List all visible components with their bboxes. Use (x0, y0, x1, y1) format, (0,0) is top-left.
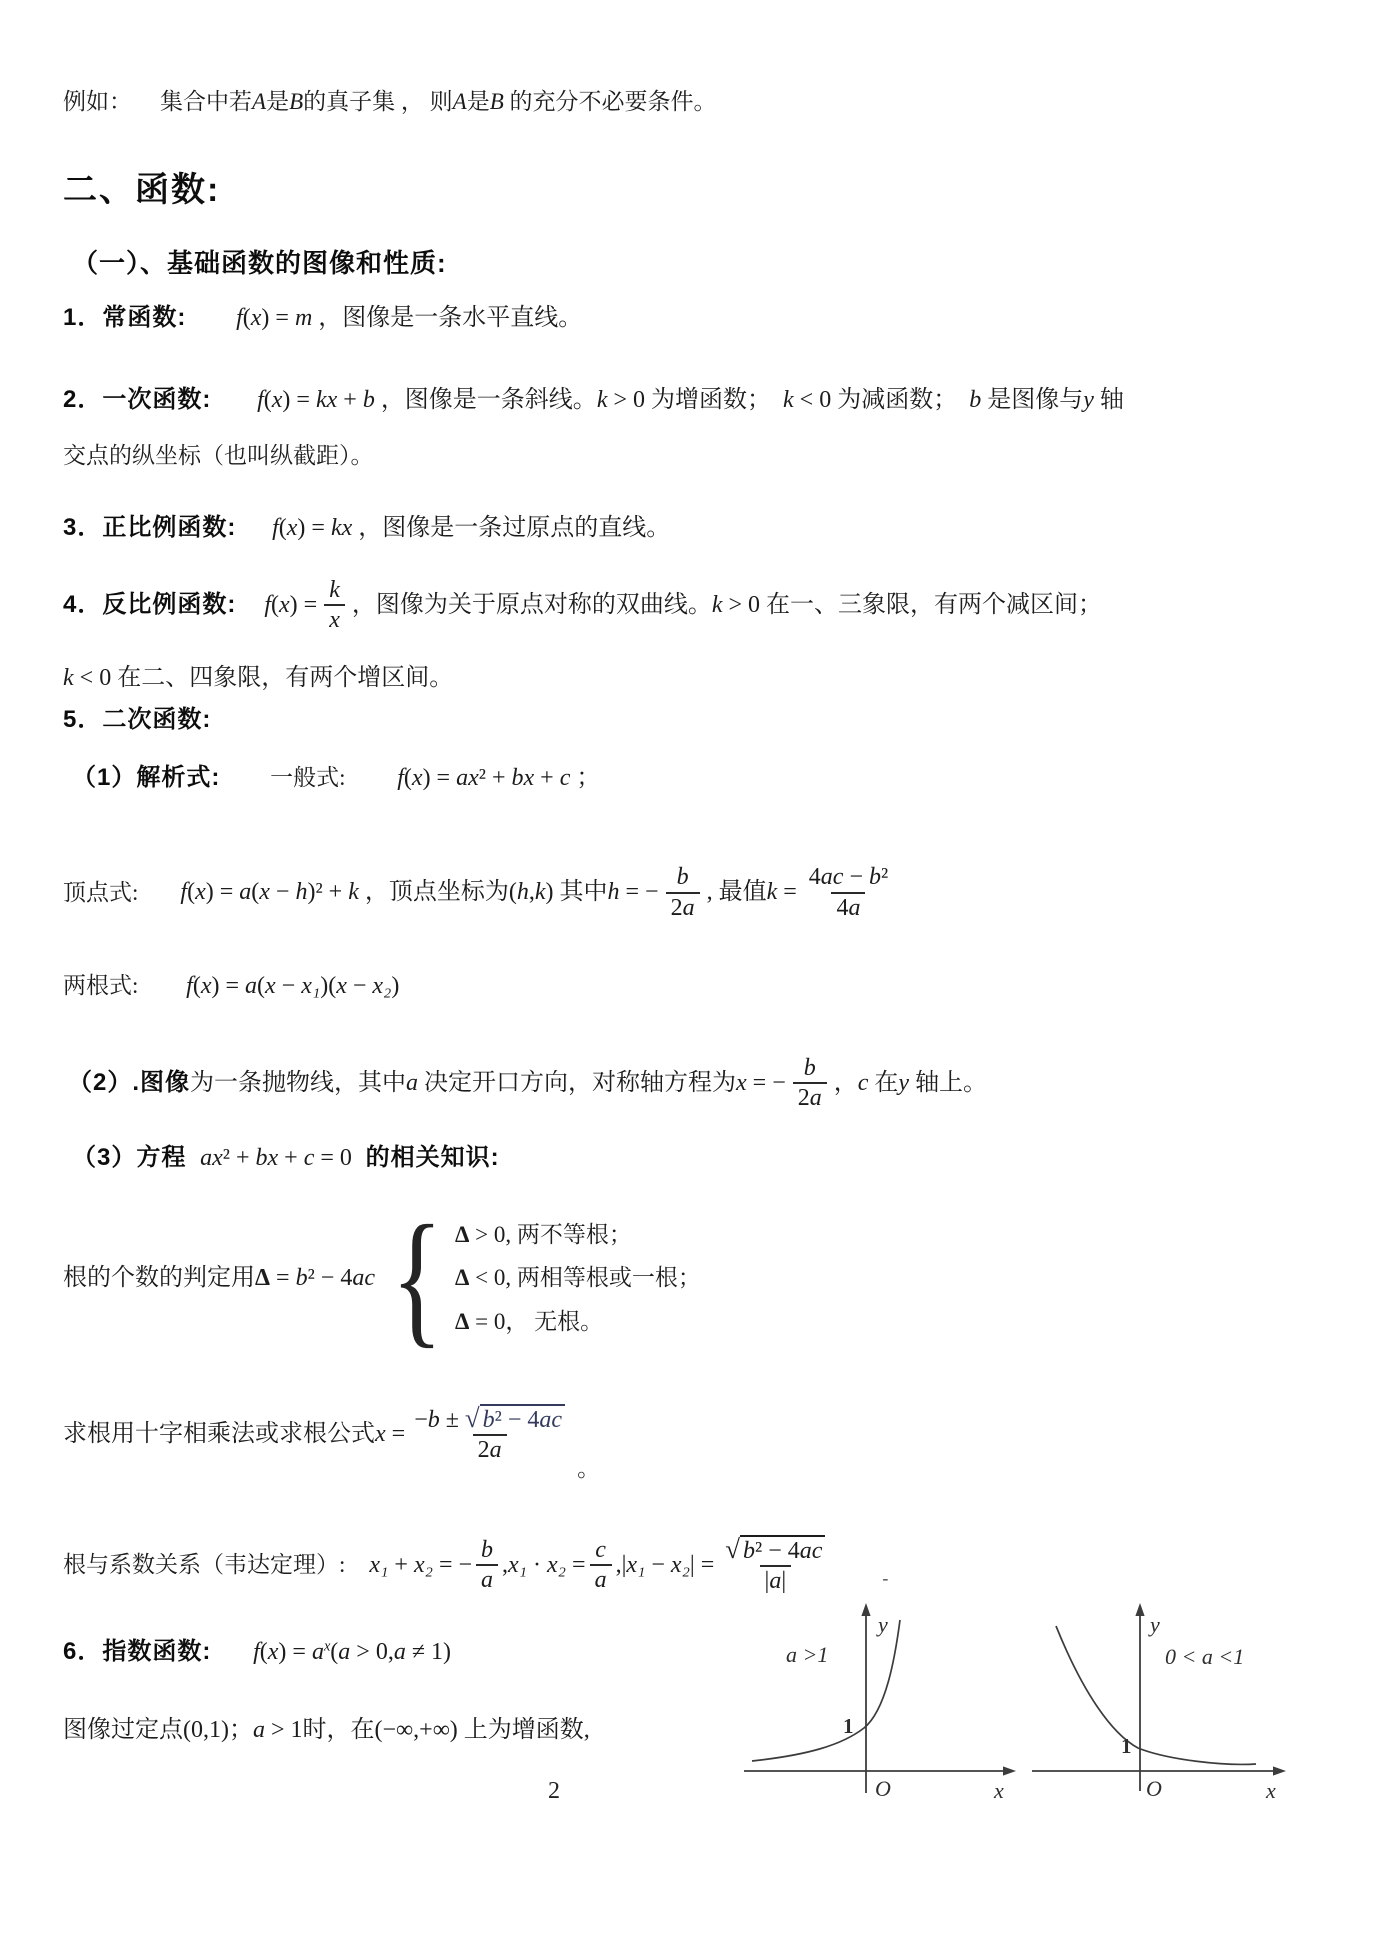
fraction-sqrt-over-abs-a: √ b² − 4ac |a| (720, 1535, 830, 1596)
origin-label: O (1146, 1776, 1162, 1801)
inverse-function-text2: k < 0 在二、四象限，有两个增区间。 (63, 665, 453, 691)
exponential-formula-pre: f(x) = a (253, 1639, 324, 1665)
linear-function-text2: 交点的纵坐标（也叫纵截距）。 (63, 443, 374, 468)
period: 。 (577, 1453, 600, 1484)
section-heading: 二、函数: (63, 171, 220, 209)
denominator: 2a (473, 1434, 507, 1464)
example-text: 集合中若A是B的真子集 ， 则A是B 的充分不必要条件。 (160, 89, 717, 114)
numerator: −b ± √ b² − 4ac (409, 1404, 570, 1434)
proportional-function-formula: f(x) = kx ，图像是一条过原点的直线。 (272, 515, 670, 541)
numerator-pre: −b ± (414, 1407, 459, 1433)
origin-label: O (875, 1776, 891, 1801)
linear-function-formula: f(x) = kx + b ，图像是一条斜线。k > 0 为增函数； k < 0… (257, 387, 1124, 413)
fraction-b-over-a: b a (476, 1536, 498, 1595)
fraction-4ac-b2-over-4a: 4ac − b² 4a (804, 863, 893, 922)
general-form-formula: f(x) = ax² + bx + c ； (397, 765, 600, 791)
x-axis-label: x (1265, 1778, 1276, 1803)
quadratic-function-label: 5．二次函数: (63, 706, 211, 733)
y-axis-label: y (1148, 1612, 1160, 1637)
denominator: x (324, 604, 345, 634)
numerator: b (799, 1054, 821, 1082)
vieta-line: 根与系数关系（韦达定理）: x₁ + x₂ = − b a ,x₁ · x₂ =… (63, 1520, 888, 1610)
constant-function-line: 1．常函数: f(x) = m ，图像是一条水平直线。 (63, 302, 582, 334)
constant-function-formula: f(x) = m ，图像是一条水平直线。 (236, 305, 582, 331)
inverse-function-line2: k < 0 在二、四象限，有两个增区间。 (63, 662, 453, 694)
fraction-c-over-a: c a (590, 1536, 612, 1595)
exponential-function-line: 6．指数函数: f(x) = ax(a > 0,a ≠ 1) (63, 1636, 451, 1668)
x-axis-arrow (1273, 1766, 1286, 1775)
parabola-line: （2）.图像 为一条抛物线，其中a 决定开口方向，对称轴方程为x = − b 2… (68, 1038, 987, 1128)
numerator: c (590, 1536, 611, 1564)
discriminant-lead: 根的个数的判定用Δ = b² − 4ac (63, 1262, 375, 1294)
constant-function-label: 1．常函数: (63, 304, 186, 331)
fraction-k-over-x: k x (324, 576, 345, 635)
denominator: 4a (831, 892, 865, 922)
analytic-form-line: （1）解析式: 一般式: f(x) = ax² + bx + c ； (72, 762, 600, 794)
quadratic-formula-fraction: −b ± √ b² − 4ac 2a (409, 1404, 570, 1465)
case-two-equal-roots: Δ < 0, 两相等根或一根； (455, 1262, 701, 1293)
vertex-form-label: 顶点式: (63, 877, 138, 908)
section-heading-line: 二、函数: (63, 168, 220, 214)
exponential-formula-post: (a > 0,a ≠ 1) (330, 1639, 451, 1665)
discriminant-block: 根的个数的判定用Δ = b² − 4ac { Δ > 0, 两不等根； Δ < … (63, 1198, 701, 1358)
subsection-heading: （一）、基础函数的图像和性质: (72, 248, 447, 278)
fixed-point-text: 图像过定点(0,1)；a > 1时，在(−∞,+∞) 上为增函数, (63, 1717, 590, 1743)
y-axis-label: y (876, 1612, 888, 1637)
proportional-function-line: 3．正比例函数: f(x) = kx ，图像是一条过原点的直线。 (63, 512, 670, 544)
x-axis-label: x (993, 1778, 1004, 1803)
page-number: 2 (548, 1778, 560, 1805)
proportional-function-label: 3．正比例函数: (63, 514, 236, 541)
parabola-label: （2）.图像 (68, 1067, 190, 1099)
parabola-post: ，c 在y 轴上。 (834, 1067, 987, 1099)
inverse-function-label: 4．反比例函数: (63, 589, 236, 621)
exp-growth-graph: a >1 y 1 O x (738, 1598, 1038, 1813)
y-intercept-label: 1 (1121, 1734, 1132, 1758)
two-root-form-label: 两根式: (63, 973, 138, 998)
numerator: 4ac − b² (804, 863, 893, 891)
root-formula-line: 求根用十字相乘法或求根公式x = −b ± √ b² − 4ac 2a 。 (63, 1384, 600, 1484)
y-axis-arrow (861, 1603, 870, 1616)
two-root-form-formula: f(x) = a(x − x₁)(x − x₂) (186, 973, 399, 999)
numerator: √ b² − 4ac (720, 1535, 830, 1565)
vieta-sum: x₁ + x₂ = − (369, 1549, 472, 1581)
denominator: 2a (666, 892, 700, 922)
equation-label-post: 的相关知识: (366, 1144, 500, 1171)
x-axis-arrow (1003, 1766, 1016, 1775)
exponential-function-label: 6．指数函数: (63, 1638, 211, 1665)
root-formula-lead: 求根用十字相乘法或求根公式x = (63, 1418, 405, 1450)
y-intercept-label: 1 (843, 1714, 854, 1738)
stray-mark: - (882, 1566, 888, 1590)
vertex-form-formula: f(x) = a(x − h)² + k ，顶点坐标为(h,k) 其中h = − (180, 876, 658, 908)
case-no-root: Δ = 0， 无根。 (455, 1306, 701, 1337)
general-form-label: 一般式: (270, 765, 345, 790)
linear-function-line: 2．一次函数: f(x) = kx + b ，图像是一条斜线。k > 0 为增函… (63, 384, 1124, 416)
equation-knowledge-line: （3）方程 ax² + bx + c = 0 的相关知识: (72, 1142, 500, 1174)
radical-sign: √ (725, 1535, 740, 1563)
inverse-function-line: 4．反比例函数: f(x) = k x ，图像为关于原点对称的双曲线。k > 0… (63, 558, 1102, 652)
radicand: b² − 4ac (480, 1404, 565, 1434)
example-label: 例如： (63, 89, 132, 114)
denominator: a (476, 1564, 498, 1594)
linear-function-label: 2．一次函数: (63, 386, 211, 413)
linear-function-line2: 交点的纵坐标（也叫纵截距）。 (63, 440, 374, 471)
radicand: b² − 4ac (740, 1535, 825, 1565)
denominator: |a| (760, 1565, 792, 1595)
fixed-point-line: 图像过定点(0,1)；a > 1时，在(−∞,+∞) 上为增函数, (63, 1714, 590, 1746)
vieta-lead: 根与系数关系（韦达定理）: (63, 1549, 345, 1580)
y-axis-arrow (1135, 1603, 1144, 1616)
vertex-form-line: 顶点式: f(x) = a(x − h)² + k ，顶点坐标为(h,k) 其中… (63, 845, 900, 940)
vieta-product: ,x₁ · x₂ = (502, 1549, 586, 1581)
equation-label-pre: （3）方程 (72, 1144, 186, 1171)
document-page: 例如：集合中若A是B的真子集 ， 则A是B 的充分不必要条件。 二、函数: （一… (0, 0, 1376, 1942)
param-label: 0 < a <1 (1165, 1644, 1244, 1669)
fraction-b-over-2a: b 2a (666, 863, 700, 922)
numerator: b (476, 1536, 498, 1564)
param-label: a >1 (786, 1642, 828, 1667)
radical-sign: √ (465, 1404, 480, 1432)
equation-formula: ax² + bx + c = 0 (200, 1145, 352, 1171)
inverse-function-post: ，图像为关于原点对称的双曲线。k > 0 在一、三象限，有两个减区间； (352, 589, 1102, 621)
quadratic-function-line: 5．二次函数: (63, 704, 211, 736)
denominator: a (590, 1564, 612, 1594)
analytic-form-label: （1）解析式: (72, 764, 220, 791)
exp-decay-graph: 0 < a <1 y 1 O x (1028, 1598, 1298, 1813)
denominator: 2a (793, 1082, 827, 1112)
fraction-b-over-2a: b 2a (793, 1054, 827, 1113)
vertex-form-mid: , 最值k = (707, 876, 797, 908)
discriminant-cases: Δ > 0, 两不等根； Δ < 0, 两相等根或一根； Δ = 0， 无根。 (455, 1219, 701, 1336)
numerator: k (324, 576, 345, 604)
square-root: √ b² − 4ac (725, 1535, 825, 1565)
inverse-function-pre: f(x) = (264, 589, 317, 621)
two-root-form-line: 两根式: f(x) = a(x − x₁)(x − x₂) (63, 970, 399, 1002)
square-root: √ b² − 4ac (465, 1404, 565, 1434)
parabola-text: 为一条抛物线，其中a 决定开口方向，对称轴方程为x = − (190, 1067, 786, 1099)
example-line: 例如：集合中若A是B的真子集 ， 则A是B 的充分不必要条件。 (63, 86, 717, 117)
vieta-difference: ,|x₁ − x₂| = (616, 1549, 715, 1581)
case-two-unequal-roots: Δ > 0, 两不等根； (455, 1219, 701, 1250)
numerator: b (672, 863, 694, 891)
left-brace: { (391, 1207, 443, 1350)
subsection-heading-line: （一）、基础函数的图像和性质: (72, 246, 447, 281)
